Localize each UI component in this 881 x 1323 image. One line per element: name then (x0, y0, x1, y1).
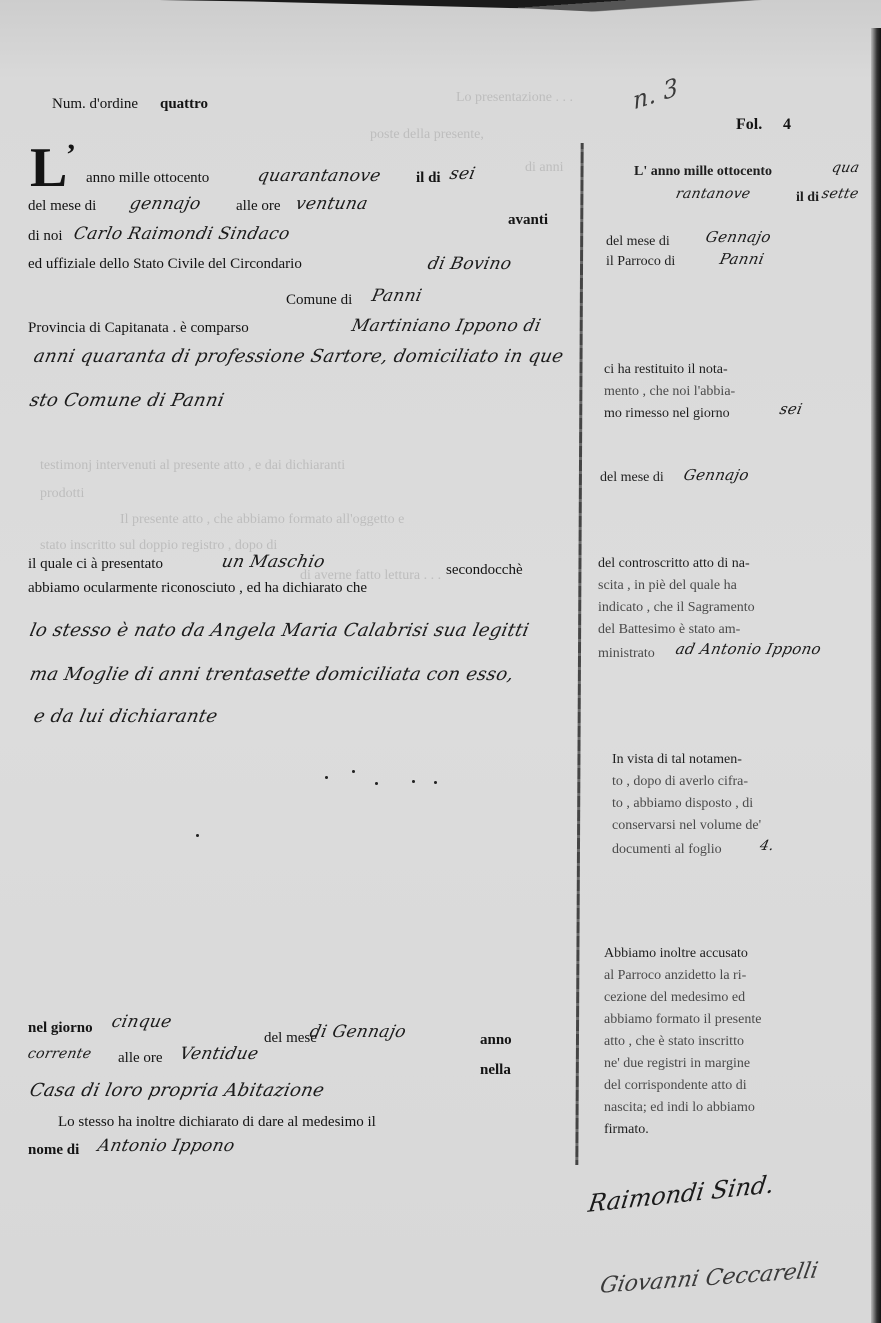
name-label: nome di (28, 1142, 79, 1159)
hour-handwritten: ventuna (294, 194, 370, 214)
rc-act-line2: scita , in piè del quale ha (598, 578, 737, 594)
rc-parish-label: il Parroco di (606, 254, 675, 270)
rc-closing-line1: Abbiamo inoltre accusato (604, 946, 748, 962)
birth-month-handwritten: di Gennajo (308, 1022, 408, 1042)
municipality-handwritten: Panni (370, 286, 424, 306)
bleed-line: Il presente atto , che abbiamo formato a… (120, 512, 404, 528)
rc-return-month-label: del mese di (600, 470, 664, 486)
birth-day-label: nel giorno (28, 1020, 93, 1037)
rc-parish-handwritten: Panni (718, 250, 766, 268)
district-label: ed uffiziale dello Stato Civile del Circ… (28, 256, 302, 273)
official-label: di noi (28, 228, 63, 245)
rc-day-handwritten: sette (820, 186, 860, 202)
rc-return-day-handwritten: sei (778, 400, 804, 418)
year-word-label: anno (480, 1032, 512, 1049)
declarant-residence-handwritten: sto Comune di Panni (28, 390, 226, 411)
rc-returned-line2: mento , che noi l'abbia- (604, 384, 735, 400)
in-the-label: nella (480, 1062, 511, 1079)
bleed-line: Lo presentazione . . . (456, 90, 573, 106)
given-name-handwritten: Antonio Ippono (96, 1136, 237, 1156)
mother-details-handwritten: ma Moglie di anni trentasette domiciliat… (28, 664, 516, 685)
order-number-label: Num. d'ordine (52, 96, 138, 113)
hour-label: alle ore (236, 198, 281, 215)
register-page: Lo presentazione . . . poste della prese… (0, 0, 881, 1323)
according-label: secondocchè (446, 562, 523, 579)
mother-handwritten: lo stesso è nato da Angela Maria Calabri… (28, 620, 531, 641)
rc-year-handwritten-start: qua (830, 160, 861, 176)
rc-closing-line5: atto , che è stato inscritto (604, 1034, 744, 1050)
bleed-line: testimonj intervenuti al presente atto ,… (40, 458, 345, 474)
rc-closing-line3: cezione del medesimo ed (604, 990, 745, 1006)
day-handwritten: sei (448, 164, 477, 184)
drop-cap-letter: L (30, 140, 67, 196)
child-sex-handwritten: un Maschio (220, 552, 327, 572)
rc-returned-line1: ci ha restituito il nota- (604, 362, 728, 378)
folio-number: 4 (783, 116, 791, 134)
rc-closing-line4: abbiamo formato il presente (604, 1012, 761, 1028)
rc-returned-line3: mo rimesso nel giorno (604, 406, 730, 422)
rc-filing-line2: to , dopo di averlo cifra- (612, 774, 748, 790)
day-label: il di (416, 170, 441, 187)
current-year-handwritten: corrente (26, 1046, 93, 1062)
rc-day-label: il di (796, 190, 819, 206)
rc-baptized-name-handwritten: ad Antonio Ippono (674, 640, 823, 658)
year-handwritten: quarantanove (256, 166, 383, 186)
district-handwritten: di Bovino (426, 254, 514, 274)
rc-closing-line6: ne' due registri in margine (604, 1056, 750, 1072)
rc-month-handwritten: Gennajo (704, 228, 773, 246)
rc-act-line3: indicato , che il Sagramento (598, 600, 755, 616)
municipality-label: Comune di (286, 292, 352, 309)
scan-top-edge-shadow (0, 0, 881, 34)
rc-closing-line9: firmato. (604, 1122, 649, 1138)
rc-closing-line2: al Parroco anzidetto la ri- (604, 968, 746, 984)
rc-filing-line3: to , abbiamo disposto , di (612, 796, 753, 812)
rc-filing-line1: In vista di tal notamen- (612, 752, 742, 768)
rc-closing-line7: del corrispondente atto di (604, 1078, 747, 1094)
presented-label: il quale ci à presentato (28, 556, 163, 573)
bleed-line: di anni (525, 160, 564, 176)
rc-act-line4: del Battesimo è stato am- (598, 622, 740, 638)
rc-closing-line8: nascita; ed indi lo abbiamo (604, 1100, 755, 1116)
before-label: avanti (508, 212, 548, 229)
naming-declaration-text: Lo stesso ha inoltre dichiarato di dare … (58, 1114, 376, 1131)
folio-label: Fol. (736, 116, 762, 134)
year-label: anno mille ottocento (86, 170, 209, 187)
mayor-signature: Raimondi Sind. (587, 1170, 777, 1218)
parish-priest-signature: Giovanni Ceccarelli (598, 1258, 820, 1299)
margin-annotation: n. 3 (632, 72, 680, 115)
declarant-name-handwritten: Martiniano Ippono di (350, 316, 543, 336)
rc-year-handwritten-end: rantanove (674, 186, 752, 202)
birth-hour-handwritten: Ventidue (178, 1044, 261, 1064)
month-label: del mese di (28, 198, 96, 215)
rc-filing-line5: documenti al foglio (612, 842, 722, 858)
month-handwritten: gennajo (128, 194, 203, 214)
rc-year-label: L' anno mille ottocento (634, 164, 772, 180)
bleed-line: poste della presente, (370, 127, 484, 143)
rc-return-month-handwritten: Gennajo (682, 466, 751, 484)
rc-filing-line4: conservarsi nel volume de' (612, 818, 761, 834)
father-declarant-handwritten: e da lui dichiarante (32, 706, 220, 727)
official-name-handwritten: Carlo Raimondi Sindaco (72, 224, 292, 244)
birth-place-handwritten: Casa di loro propria Abitazione (28, 1080, 327, 1101)
column-divider-rule (575, 143, 583, 1165)
rc-act-line5: ministrato (598, 646, 655, 662)
declarant-details-handwritten: anni quaranta di professione Sartore, do… (32, 346, 566, 367)
birth-day-handwritten: cinque (110, 1012, 174, 1032)
birth-hour-label: alle ore (118, 1050, 163, 1067)
scan-right-edge-shadow (871, 28, 881, 1323)
recognized-label: abbiamo ocularmente riconosciuto , ed ha… (28, 580, 367, 597)
drop-cap-apostrophe: ’ (66, 138, 76, 172)
province-appeared-label: Provincia di Capitanata . è comparso (28, 320, 249, 337)
order-number-value: quattro (160, 96, 208, 113)
rc-act-line1: del controscritto atto di na- (598, 556, 750, 572)
bleed-line: prodotti (40, 486, 84, 502)
rc-month-label: del mese di (606, 234, 670, 250)
rc-folio-handwritten: 4. (758, 838, 775, 854)
